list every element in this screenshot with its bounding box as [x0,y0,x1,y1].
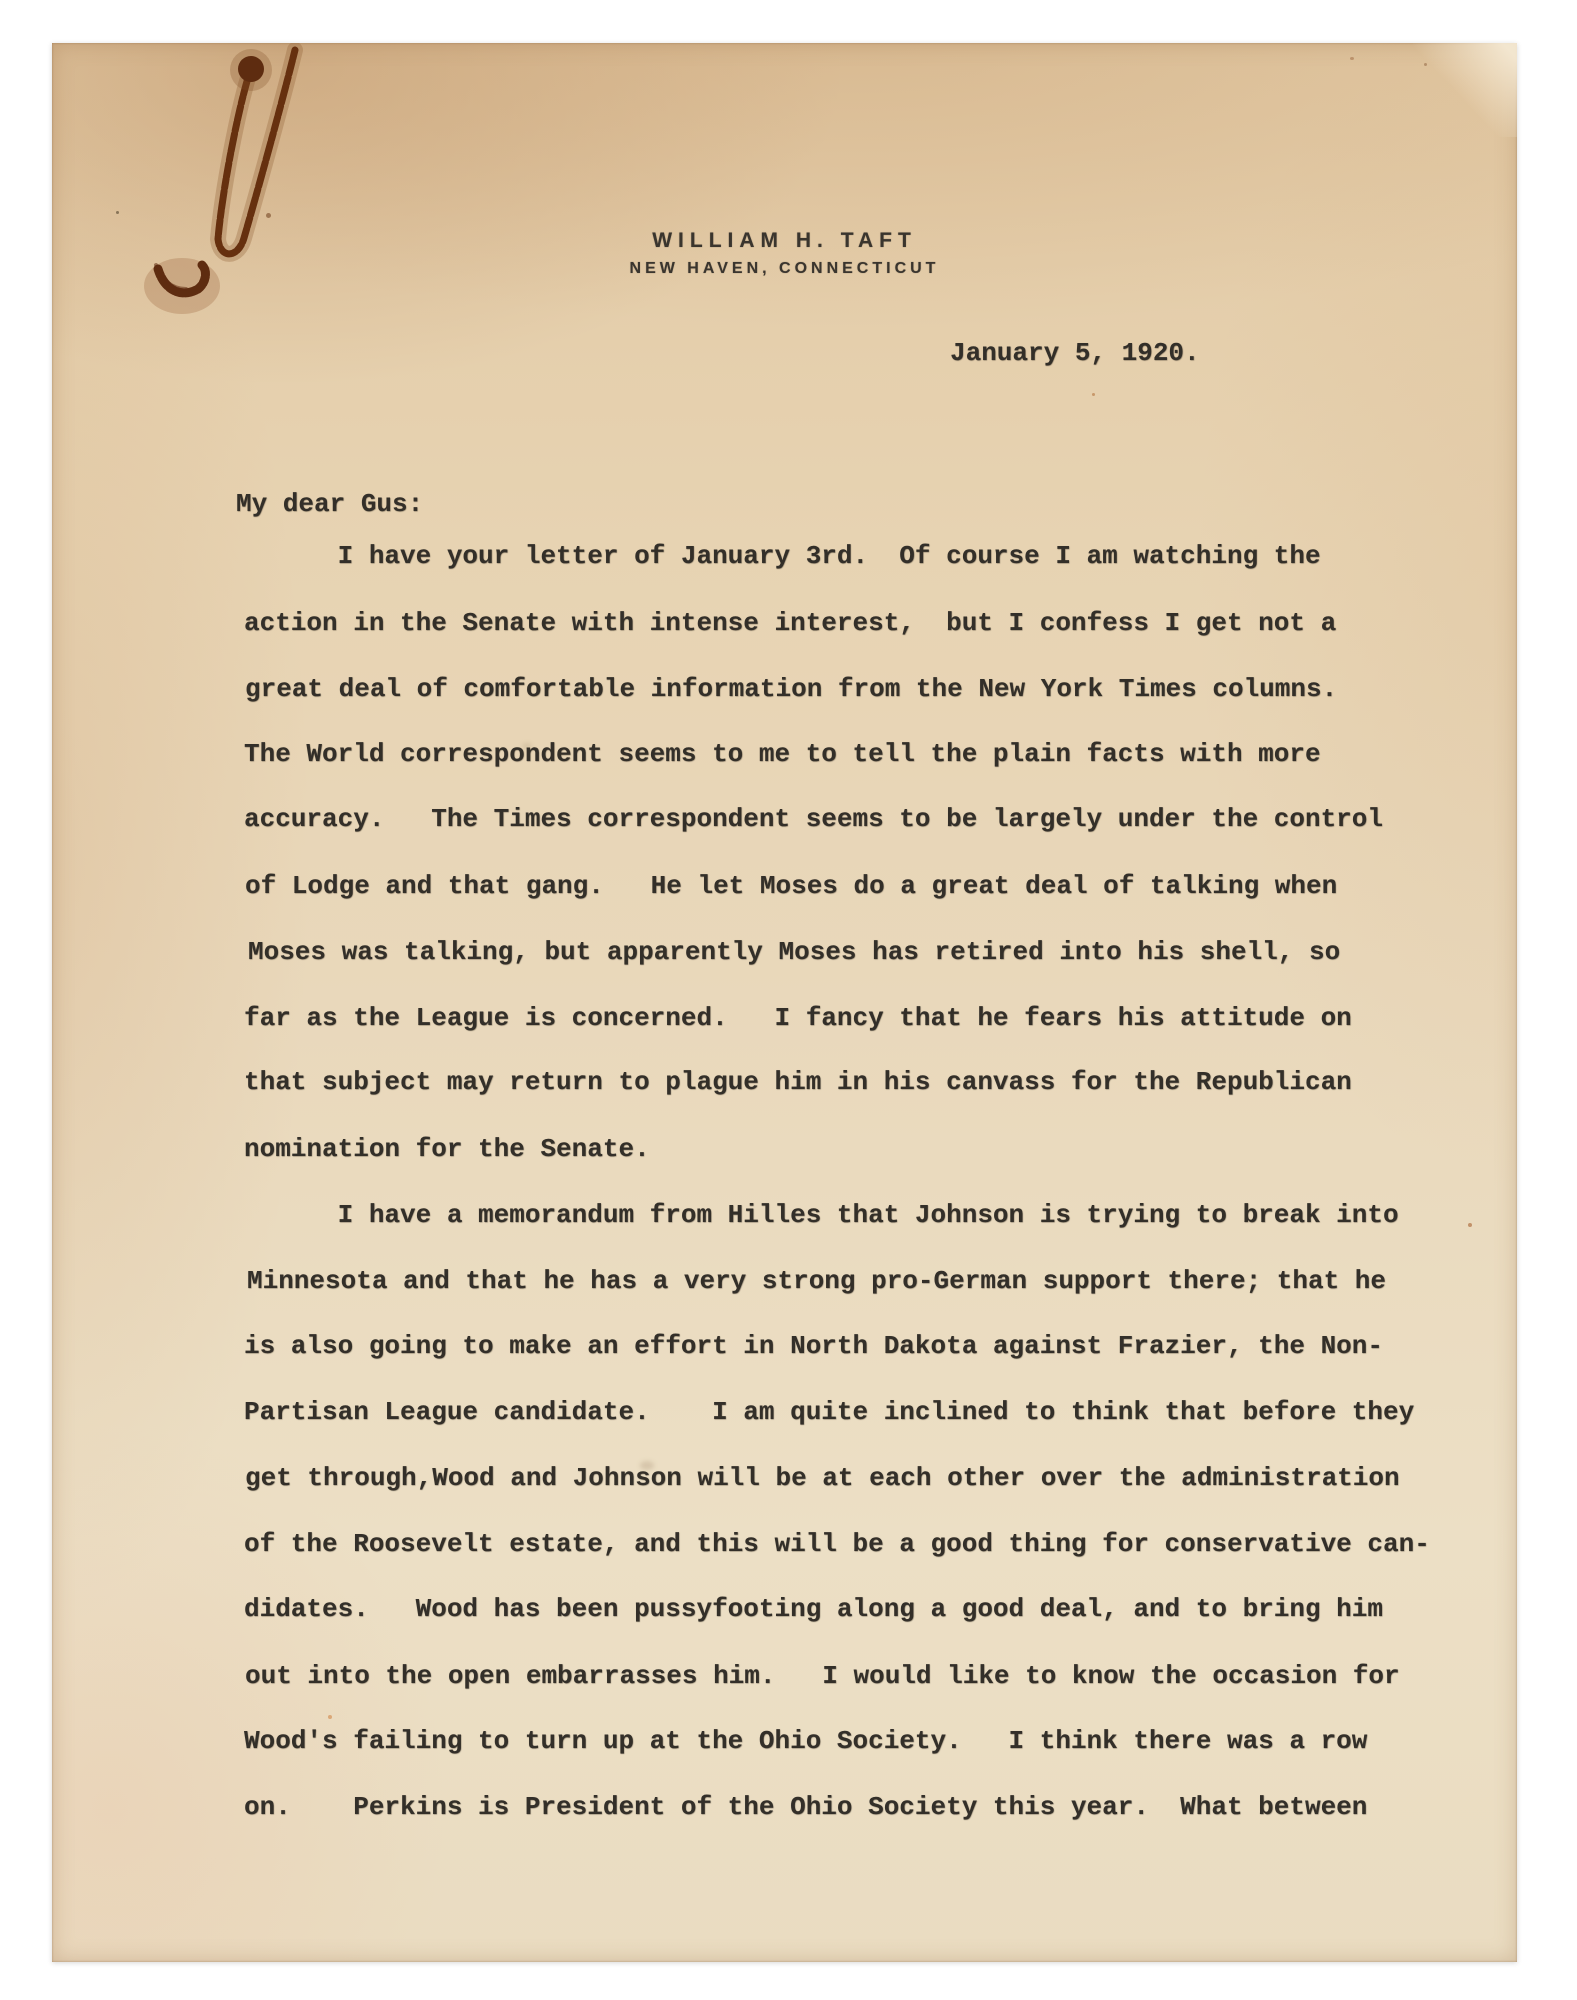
corner-fold [1413,43,1517,137]
letter-body: I have your letter of January 3rd. Of co… [244,525,1494,1841]
age-speck [1092,393,1095,396]
age-speck [116,211,119,214]
letter-date: January 5, 1920. [950,338,1200,368]
letter-line: great deal of comfortable information fr… [245,657,1495,723]
letter-line: nomination for the Senate. [244,1117,1494,1183]
letter-line: Minnesota and that he has a very strong … [247,1249,1497,1315]
letter-line: didates. Wood has been pussyfooting alon… [244,1577,1494,1643]
letter-line: action in the Senate with intense intere… [244,591,1494,657]
letter-line: is also going to make an effort in North… [244,1314,1494,1380]
letterhead-name: WILLIAM H. TAFT [52,229,1517,253]
age-speck [1424,63,1427,66]
letter-line: of Lodge and that gang. He let Moses do … [245,854,1495,920]
paperclip-rust-stain [132,43,352,343]
letter-line: Moses was talking, but apparently Moses … [248,920,1498,986]
letter-line: I have your letter of January 3rd. Of co… [244,524,1494,590]
age-speck [1350,57,1354,60]
letter-line: I have a memorandum from Hilles that Joh… [244,1183,1494,1249]
letter-line: The World correspondent seems to me to t… [244,722,1494,788]
scanned-letter: WILLIAM H. TAFT NEW HAVEN, CONNECTICUT J… [0,0,1577,2000]
letter-line: far as the League is concerned. I fancy … [244,986,1494,1052]
letter-salutation: My dear Gus: [236,489,423,519]
letter-line: accuracy. The Times correspondent seems … [244,787,1494,853]
letter-line: on. Perkins is President of the Ohio Soc… [244,1775,1494,1841]
letter-line: Wood's failing to turn up at the Ohio So… [244,1709,1494,1775]
letter-line: Partisan League candidate. I am quite in… [244,1380,1494,1446]
letter-line: out into the open embarrasses him. I wou… [245,1644,1495,1710]
letter-page: WILLIAM H. TAFT NEW HAVEN, CONNECTICUT J… [52,43,1517,1962]
age-speck [266,213,271,218]
letterhead-location: NEW HAVEN, CONNECTICUT [52,260,1517,278]
letter-line: get through,Wood and Johnson will be at … [245,1446,1495,1512]
letter-line: of the Roosevelt estate, and this will b… [244,1512,1494,1578]
letter-line: that subject may return to plague him in… [244,1050,1494,1116]
letterhead: WILLIAM H. TAFT NEW HAVEN, CONNECTICUT [52,229,1517,278]
